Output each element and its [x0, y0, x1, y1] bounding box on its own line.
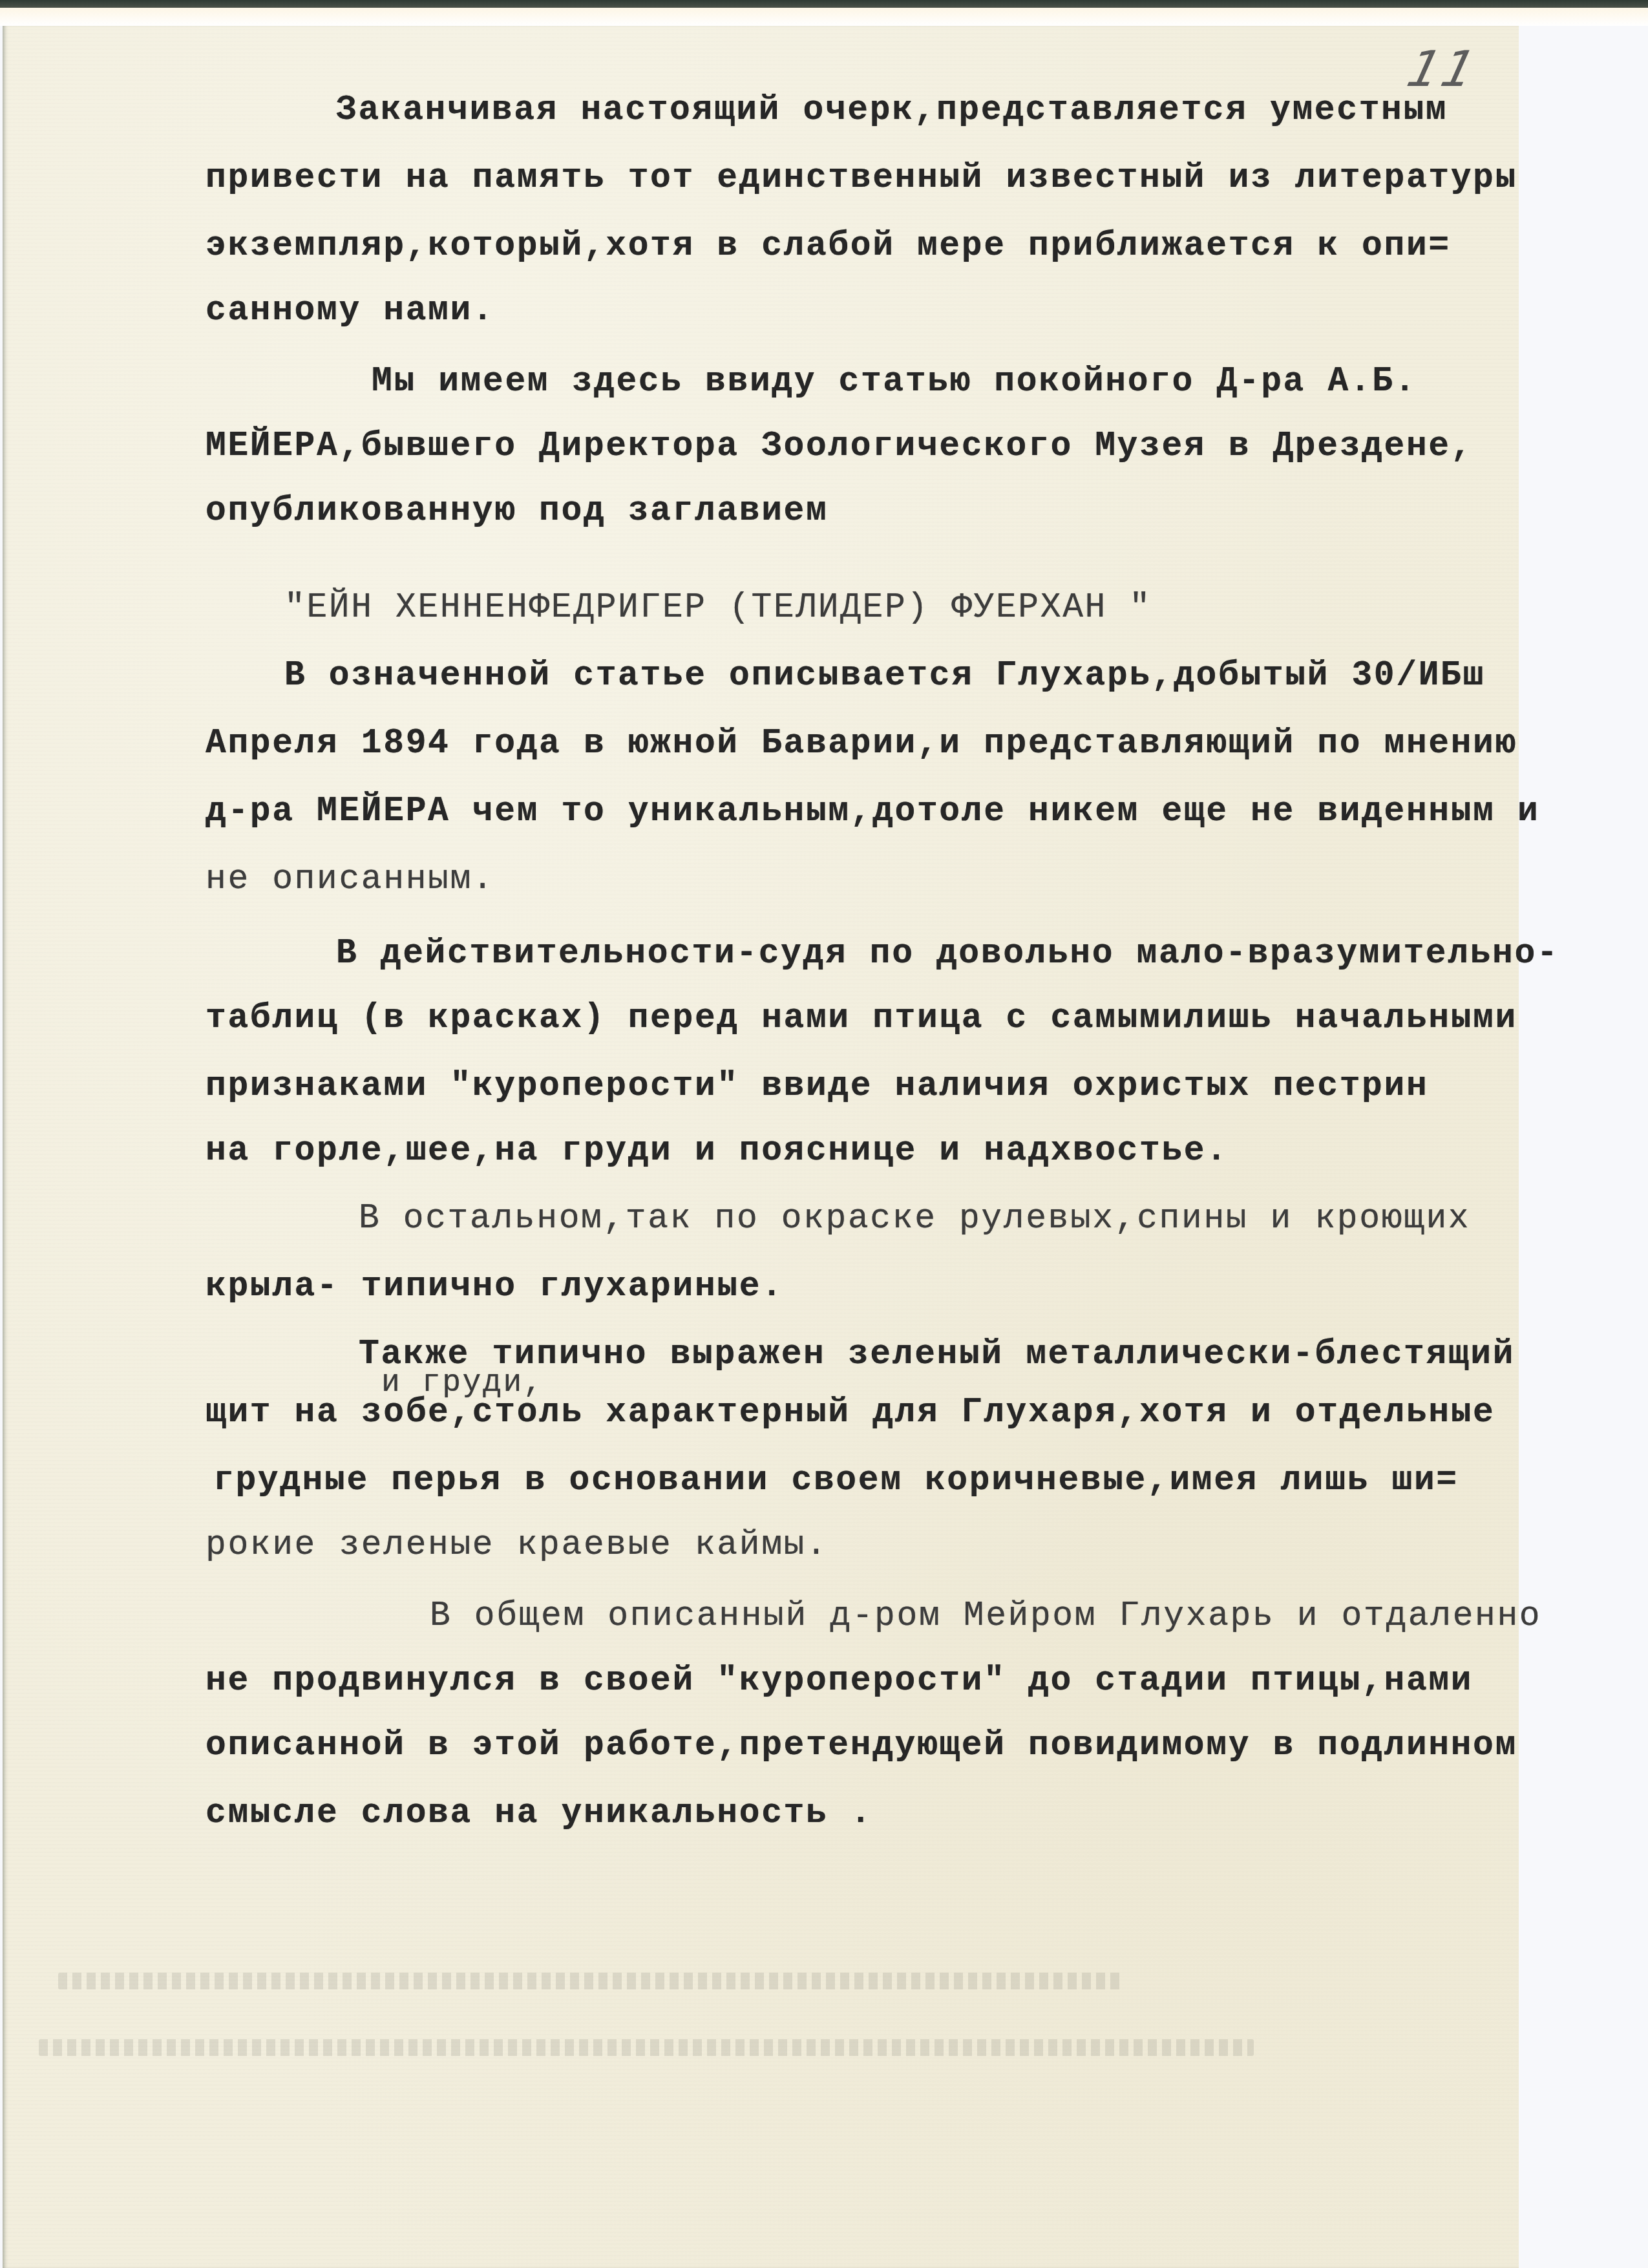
text-line: В общем описанный д-ром Мейром Глухарь и… [430, 1596, 1541, 1635]
text-line: не продвинулся в своей "куроперости" до … [206, 1661, 1473, 1700]
text-line: В действительности-судя по довольно мало… [336, 934, 1559, 973]
scanner-margin [0, 8, 1648, 26]
text-line: В остальном,так по окраске рулевых,спины… [359, 1199, 1470, 1238]
text-line: описанной в этой работе,претендующей пов… [206, 1726, 1517, 1765]
show-through-text [39, 2039, 1254, 2056]
text-line: смысле слова на уникальность . [206, 1794, 872, 1832]
text-line: Апреля 1894 года в южной Баварии,и предс… [206, 724, 1517, 763]
page-number: 11 [1402, 40, 1484, 98]
interlinear-insertion: и груди, [381, 1364, 544, 1403]
text-line: на горле,шее,на груди и пояснице и надхв… [206, 1131, 1229, 1170]
text-line: не описанным. [206, 860, 494, 898]
text-line: таблиц (в красках) перед нами птица с са… [206, 999, 1517, 1037]
text-line: признаками "куроперости" ввиде наличия о… [206, 1066, 1428, 1105]
text-line: привести на память тот единственный изве… [206, 158, 1517, 197]
text-line: рокие зеленые краевые каймы. [206, 1525, 828, 1564]
scanner-top-edge [0, 0, 1648, 8]
text-line: грудные перья в основании своем коричнев… [213, 1461, 1459, 1500]
text-line: Мы имеем здесь ввиду статью покойного Д-… [372, 362, 1417, 401]
text-line: В означенной статье описывается Глухарь,… [284, 656, 1485, 695]
article-title: "ЕЙН ХЕННЕНФЕДРИГЕР (ТЕЛИДЕР) ФУЕРХАН " [284, 588, 1152, 627]
text-line: экземпляр,который,хотя в слабой мере при… [206, 226, 1451, 265]
text-line: санному нами. [206, 291, 494, 330]
text-line: Заканчивая настоящий очерк,представляетс… [336, 90, 1448, 129]
show-through-text [58, 1973, 1125, 1989]
text-line: крыла- типично глухариные. [206, 1267, 784, 1306]
text-line: МЕЙЕРА,бывшего Директора Зоологического … [206, 427, 1473, 465]
text-line: д-ра МЕЙЕРА чем то уникальным,дотоле ник… [206, 792, 1539, 831]
text-line: опубликованную под заглавием [206, 491, 828, 530]
